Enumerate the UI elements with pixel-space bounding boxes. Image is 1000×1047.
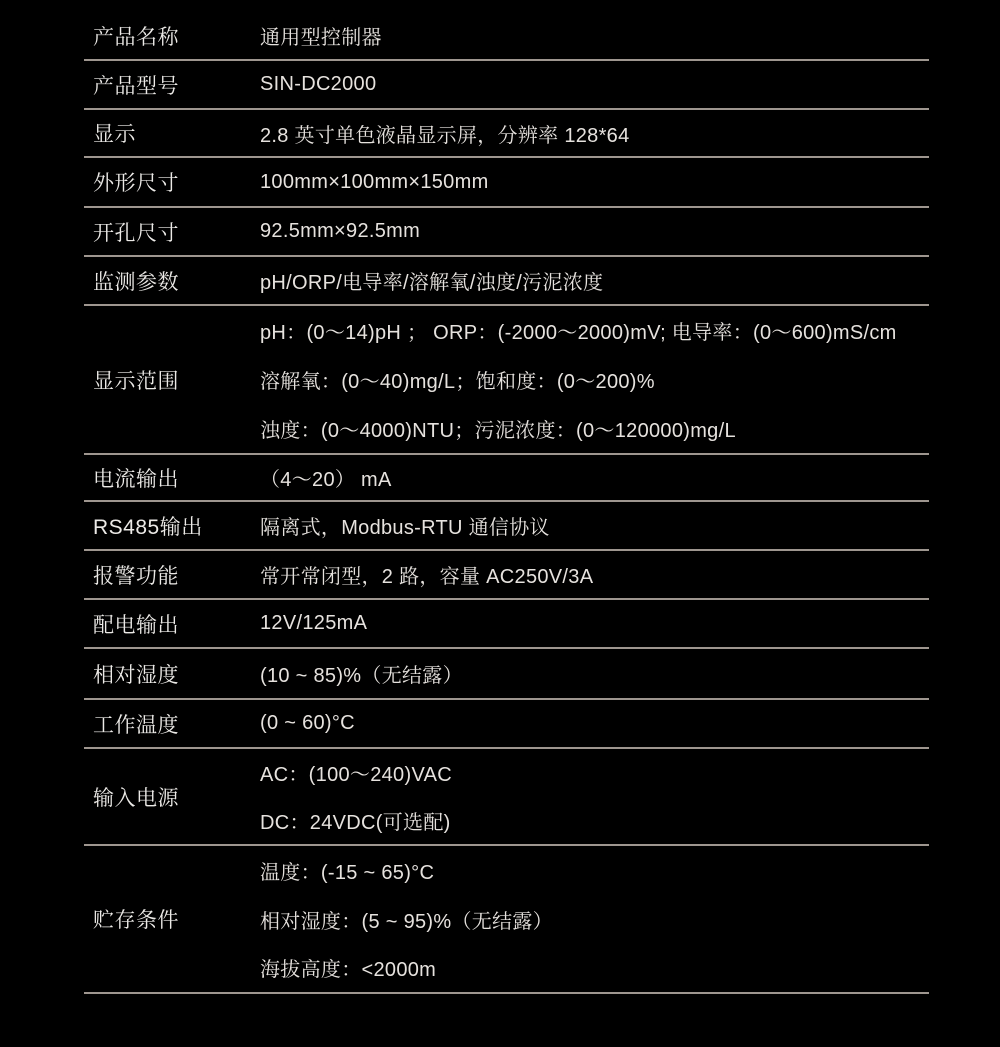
spec-value: pH/ORP/电导率/溶解氧/浊度/污泥浓度	[260, 257, 929, 304]
spec-label: 显示	[84, 110, 260, 156]
spec-label: 报警功能	[84, 551, 260, 598]
spec-value-line: 隔离式，Modbus-RTU 通信协议	[260, 502, 929, 549]
spec-label: 贮存条件	[84, 846, 260, 992]
spec-value-line: pH/ORP/电导率/溶解氧/浊度/污泥浓度	[260, 257, 929, 304]
product-spec-table: 产品名称 通用型控制器 产品型号 SIN-DC2000 显示 2.8 英寸单色液…	[84, 12, 929, 994]
spec-row-alarm-function: 报警功能 常开常闭型，2 路，容量 AC250V/3A	[84, 551, 929, 600]
spec-value-line: 相对湿度：(5 ~ 95)%（无结露）	[260, 895, 929, 944]
spec-value-line: 溶解氧：(0～40)mg/L；饱和度：(0～200)%	[260, 355, 929, 404]
spec-row-product-name: 产品名称 通用型控制器	[84, 12, 929, 61]
spec-value: pH：(0～14)pH ； ORP：(-2000～2000)mV; 电导率：(0…	[260, 306, 929, 453]
spec-value-line: 通用型控制器	[260, 12, 929, 59]
spec-value: (10 ~ 85)%（无结露）	[260, 649, 929, 698]
spec-value-line: （4～20） mA	[260, 455, 929, 500]
spec-row-power-distribution-output: 配电输出 12V/125mA	[84, 600, 929, 649]
spec-value-line: SIN-DC2000	[260, 61, 929, 108]
spec-value: (0 ~ 60)°C	[260, 700, 929, 747]
spec-value-line: 温度：(-15 ~ 65)°C	[260, 846, 929, 895]
spec-row-input-power: 输入电源 AC：(100～240)VAC DC：24VDC(可选配)	[84, 749, 929, 846]
spec-value: （4～20） mA	[260, 455, 929, 500]
spec-row-storage-conditions: 贮存条件 温度：(-15 ~ 65)°C 相对湿度：(5 ~ 95)%（无结露）…	[84, 846, 929, 994]
spec-value: 100mm×100mm×150mm	[260, 158, 929, 206]
spec-value-line: DC：24VDC(可选配)	[260, 797, 929, 845]
spec-label: 监测参数	[84, 257, 260, 304]
spec-value: SIN-DC2000	[260, 61, 929, 108]
spec-value-line: 常开常闭型，2 路，容量 AC250V/3A	[260, 551, 929, 598]
spec-row-display: 显示 2.8 英寸单色液晶显示屏，分辨率 128*64	[84, 110, 929, 158]
spec-value-line: 海拔高度：<2000m	[260, 943, 929, 992]
spec-label: 电流输出	[84, 455, 260, 500]
spec-label: 显示范围	[84, 306, 260, 453]
spec-value-line: AC：(100～240)VAC	[260, 749, 929, 797]
spec-label: RS485输出	[84, 502, 260, 549]
spec-row-outer-dimensions: 外形尺寸 100mm×100mm×150mm	[84, 158, 929, 208]
spec-label: 工作温度	[84, 700, 260, 747]
spec-row-rs485-output: RS485输出 隔离式，Modbus-RTU 通信协议	[84, 502, 929, 551]
spec-row-monitored-parameters: 监测参数 pH/ORP/电导率/溶解氧/浊度/污泥浓度	[84, 257, 929, 306]
spec-value: AC：(100～240)VAC DC：24VDC(可选配)	[260, 749, 929, 844]
spec-value-line: 浊度：(0～4000)NTU；污泥浓度：(0～120000)mg/L	[260, 404, 929, 453]
spec-row-cutout-dimensions: 开孔尺寸 92.5mm×92.5mm	[84, 208, 929, 257]
spec-label: 开孔尺寸	[84, 208, 260, 255]
spec-value-line: 92.5mm×92.5mm	[260, 208, 929, 255]
spec-value-line: 100mm×100mm×150mm	[260, 158, 929, 206]
spec-value-line: 12V/125mA	[260, 600, 929, 647]
spec-row-model: 产品型号 SIN-DC2000	[84, 61, 929, 110]
spec-value: 2.8 英寸单色液晶显示屏，分辨率 128*64	[260, 110, 929, 156]
spec-label: 外形尺寸	[84, 158, 260, 206]
spec-value-line: 2.8 英寸单色液晶显示屏，分辨率 128*64	[260, 110, 929, 156]
spec-value-line: (10 ~ 85)%（无结露）	[260, 649, 929, 698]
spec-value: 通用型控制器	[260, 12, 929, 59]
spec-row-operating-temperature: 工作温度 (0 ~ 60)°C	[84, 700, 929, 749]
spec-value: 92.5mm×92.5mm	[260, 208, 929, 255]
spec-row-relative-humidity: 相对湿度 (10 ~ 85)%（无结露）	[84, 649, 929, 700]
spec-row-current-output: 电流输出 （4～20） mA	[84, 455, 929, 502]
spec-label: 输入电源	[84, 749, 260, 844]
spec-value: 12V/125mA	[260, 600, 929, 647]
spec-value: 常开常闭型，2 路，容量 AC250V/3A	[260, 551, 929, 598]
spec-label: 产品名称	[84, 12, 260, 59]
spec-label: 相对湿度	[84, 649, 260, 698]
spec-label: 产品型号	[84, 61, 260, 108]
spec-value-line: pH：(0～14)pH ； ORP：(-2000～2000)mV; 电导率：(0…	[260, 306, 929, 355]
spec-label: 配电输出	[84, 600, 260, 647]
spec-value-line: (0 ~ 60)°C	[260, 700, 929, 747]
spec-row-display-range: 显示范围 pH：(0～14)pH ； ORP：(-2000～2000)mV; 电…	[84, 306, 929, 455]
spec-value: 隔离式，Modbus-RTU 通信协议	[260, 502, 929, 549]
spec-value: 温度：(-15 ~ 65)°C 相对湿度：(5 ~ 95)%（无结露） 海拔高度…	[260, 846, 929, 992]
